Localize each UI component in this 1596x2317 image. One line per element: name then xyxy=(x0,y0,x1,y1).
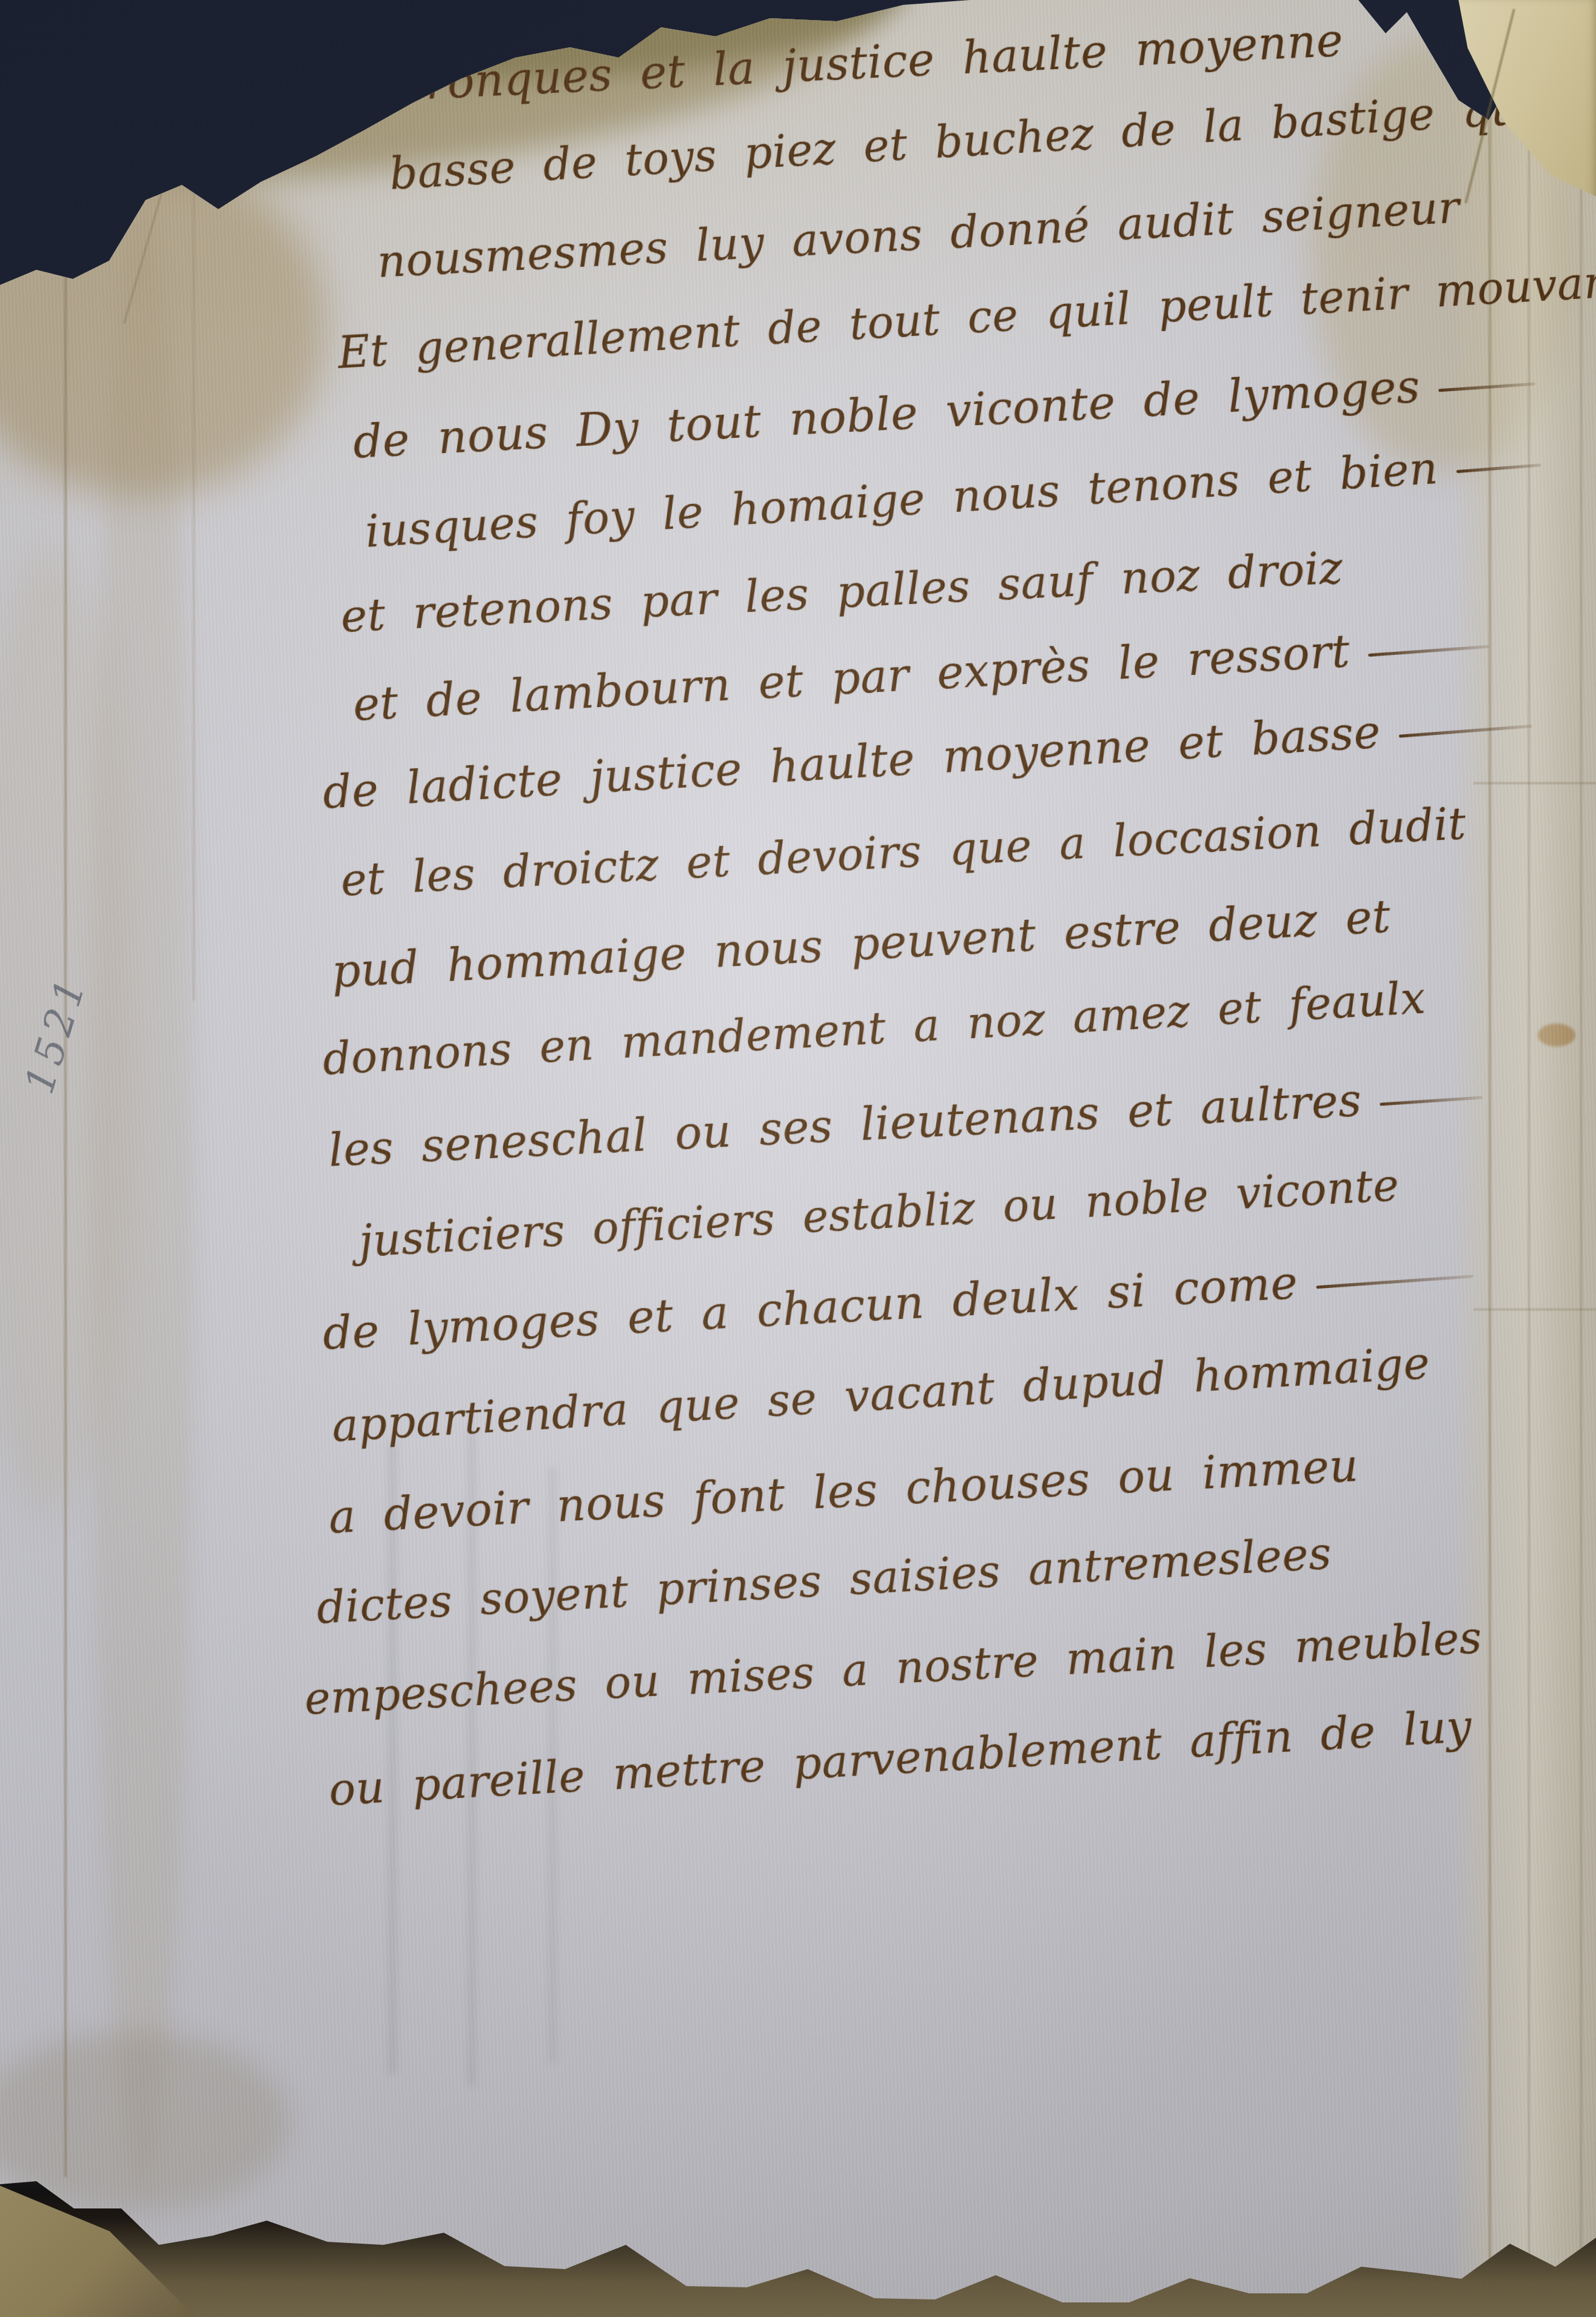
line-end-flourish xyxy=(1380,1096,1483,1105)
paper-stain xyxy=(0,2031,291,2213)
line-end-flourish xyxy=(1438,382,1535,392)
manuscript-photo-scene: ronques et la justice haulte moyenne bas… xyxy=(0,0,1596,2317)
line-end-flourish xyxy=(1399,725,1532,737)
fold-crease xyxy=(1474,782,1596,784)
margin-date-note: 1521 xyxy=(16,970,96,1099)
fold-crease xyxy=(1528,0,1530,2317)
fold-crease xyxy=(193,182,195,1001)
manuscript-line: appartiendra que se vacant dupud hommaig… xyxy=(330,1338,1431,1452)
manuscript-line: et les droictz et devoirs que a loccasio… xyxy=(340,798,1467,906)
fold-crease xyxy=(1489,0,1491,2317)
line-end-flourish xyxy=(1368,645,1489,657)
manuscript-line: de lymoges et a chacun deulx si come xyxy=(321,1247,1475,1360)
manuscript-line: empeschees ou mises a nostre main les me… xyxy=(303,1612,1483,1725)
manuscript-page: ronques et la justice haulte moyenne bas… xyxy=(0,0,1596,2317)
fold-crease xyxy=(1474,1309,1596,1310)
fold-crease xyxy=(1580,0,1582,2317)
manuscript-line: et retenons par les palles sauf noz droi… xyxy=(340,542,1344,643)
manuscript-line: justiciers officiers establiz ou noble v… xyxy=(358,1159,1400,1267)
fold-crease xyxy=(64,230,67,2177)
manuscript-line: ou pareille mettre parvenablement affin … xyxy=(327,1701,1473,1816)
line-end-flourish xyxy=(1456,464,1541,474)
manuscript-line: dictes soyent prinses saisies antremesle… xyxy=(315,1527,1333,1634)
manuscript-line: a devoir nous font les chouses ou immeu xyxy=(327,1440,1360,1544)
paper-stain xyxy=(1538,1024,1575,1047)
manuscript-line: nousmesmes luy avons donné audit seigneu… xyxy=(376,182,1461,288)
manuscript-line: les seneschal ou ses lieutenans et aultr… xyxy=(327,1068,1484,1177)
paper-stain xyxy=(91,212,194,2183)
binding-gutter xyxy=(1449,0,1596,2317)
manuscript-line: pud hommaige nous peuvent estre deuz et xyxy=(330,891,1392,998)
line-end-flourish xyxy=(1316,1275,1474,1289)
